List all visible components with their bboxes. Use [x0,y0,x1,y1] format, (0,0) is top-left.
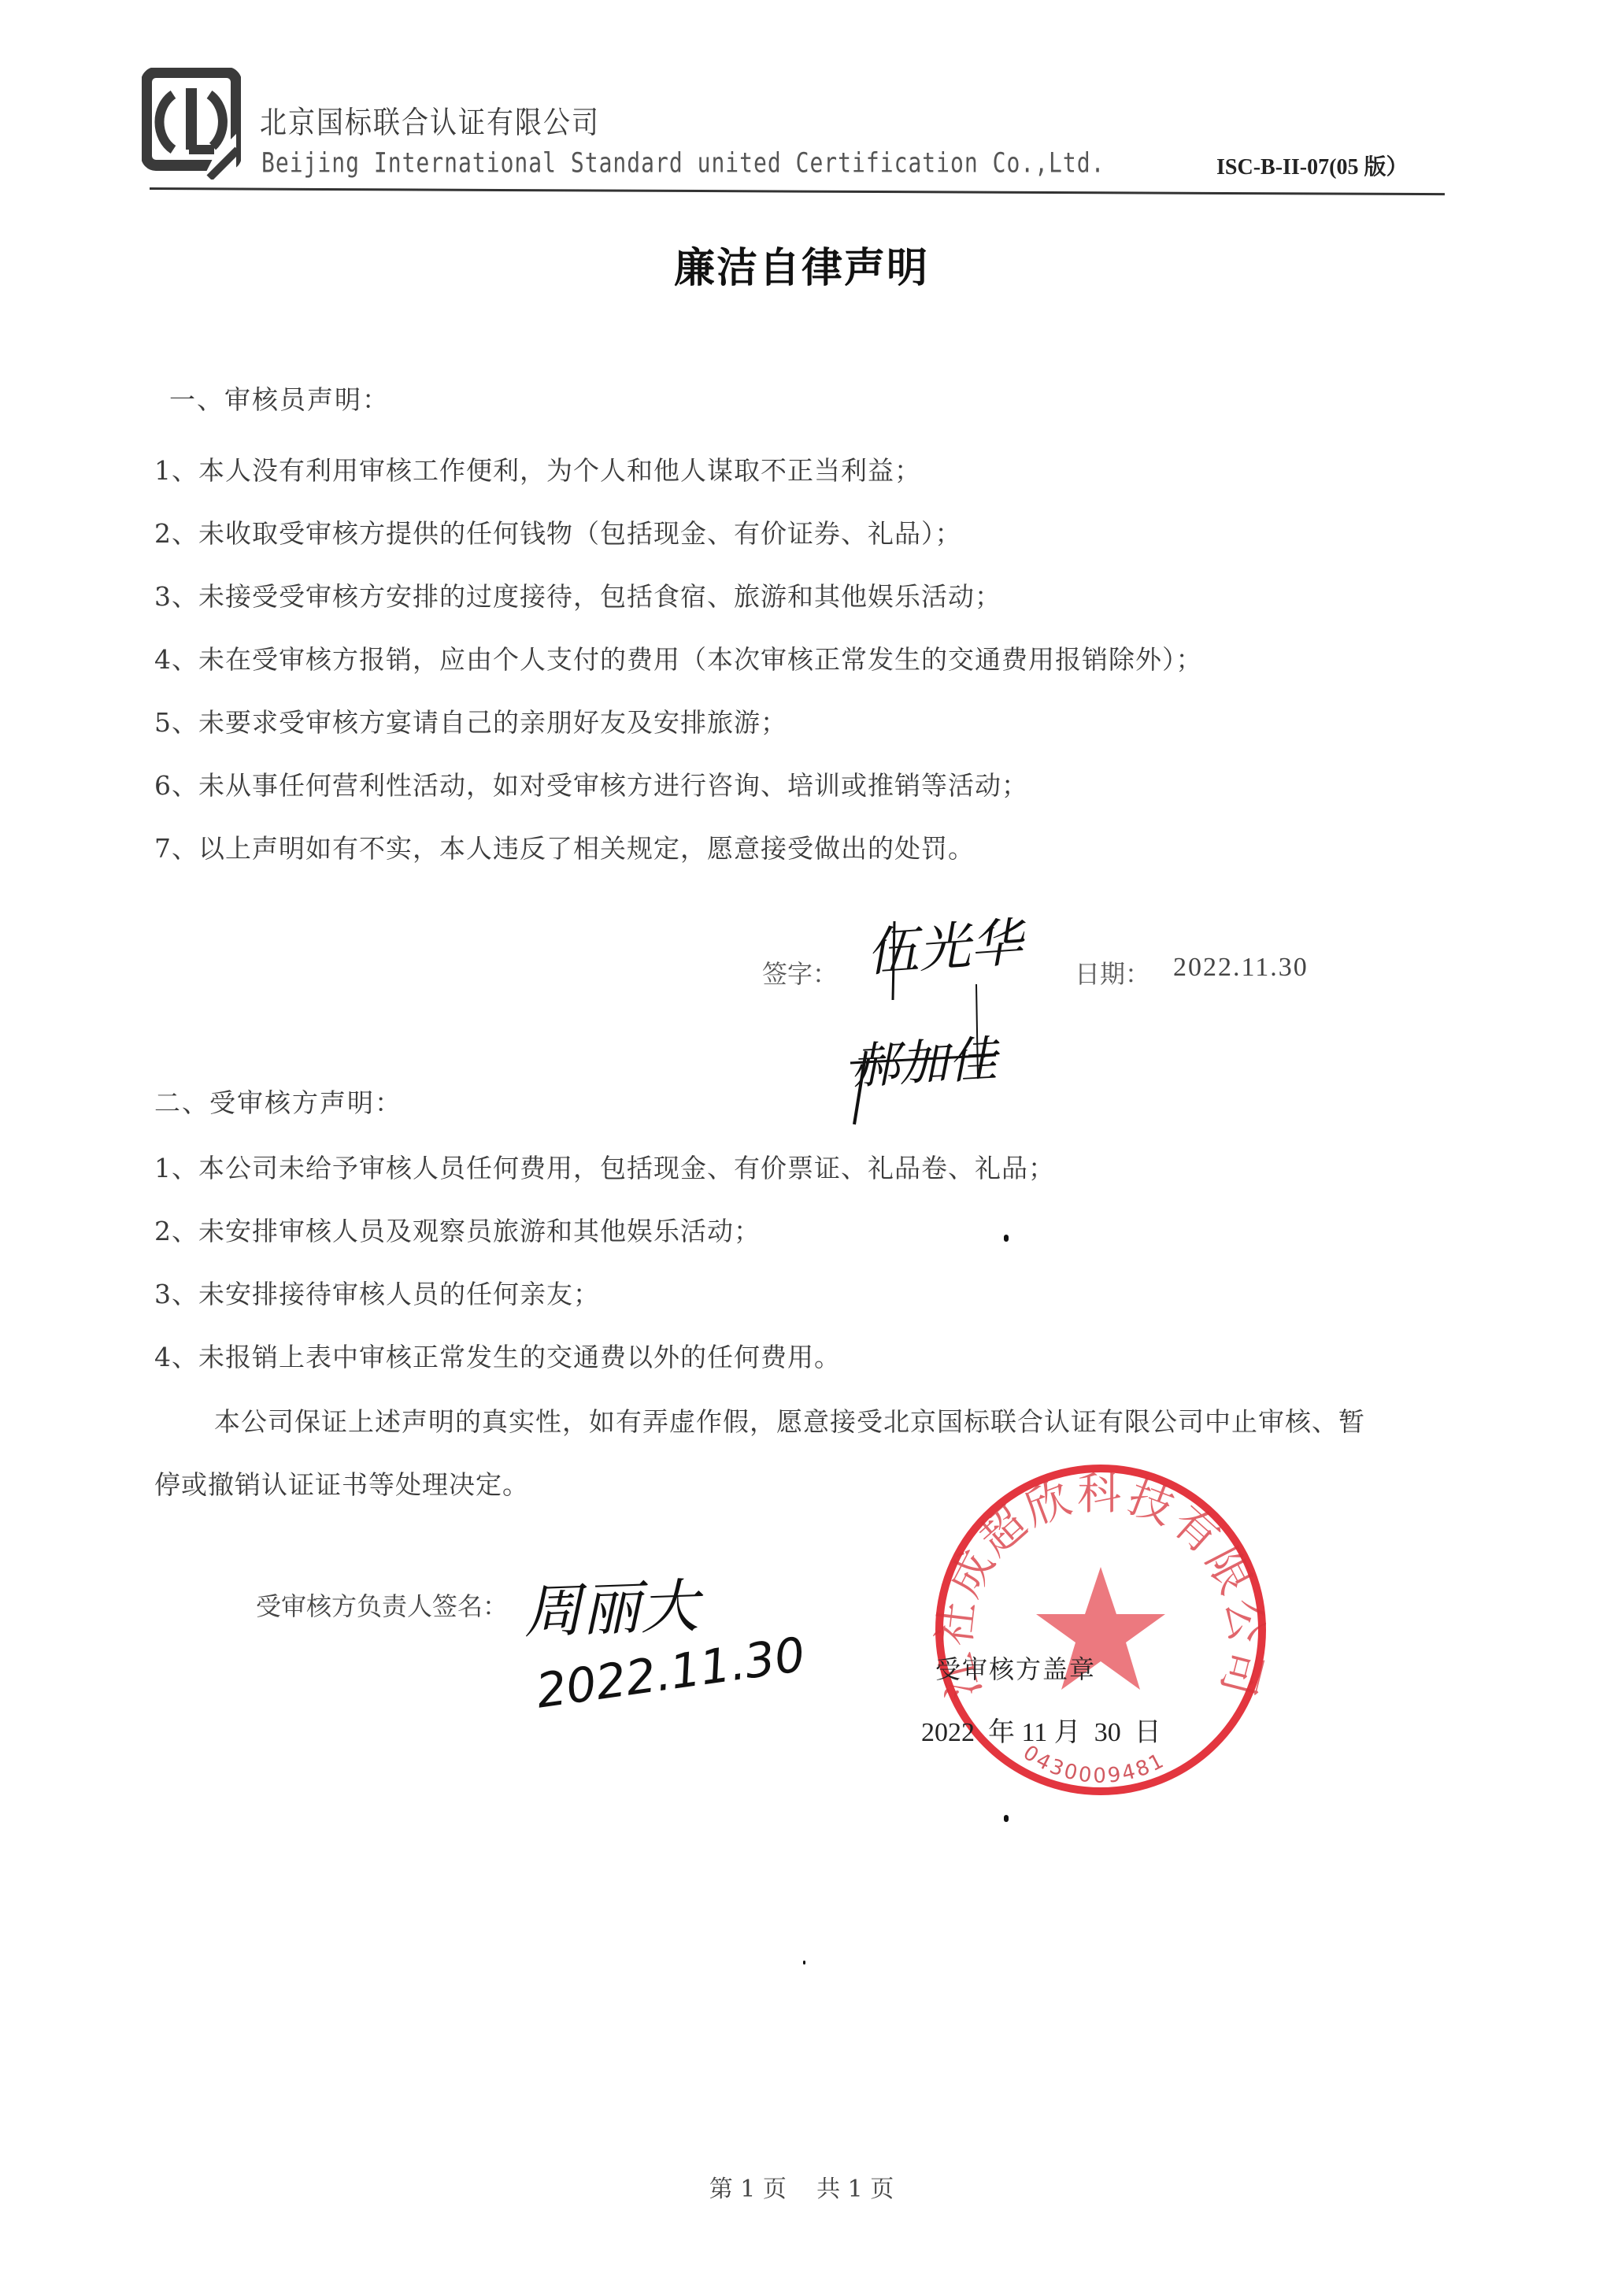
bisc-logo-icon [142,68,241,180]
auditee-item: 4、未报销上表中审核正常发生的交通费以外的任何费用。 [154,1337,841,1374]
section-auditor-heading: 一、审核员声明： [169,380,390,417]
stray-mark [1004,1235,1009,1242]
date-value: 2022.11.30 [1173,953,1309,983]
responsible-signature-label: 受审核方负责人签名： [256,1587,508,1623]
responsible-signature: 周丽大 [522,1560,700,1650]
signature-strike-icon [846,1039,1004,1126]
form-code: ISC-B-II-07(05 版） [1216,150,1408,181]
company-name-cn: 北京国标联合认证有限公司 [260,98,600,142]
header-divider [150,187,1445,195]
stray-mark [1004,1815,1009,1822]
auditor-item: 4、未在受审核方报销，应由个人支付的费用（本次审核正常发生的交通费用报销除外）； [154,639,1203,676]
guarantee-line-2: 停或撤销认证证书等处理决定。 [154,1465,529,1502]
stray-mark [803,1961,805,1965]
company-name-en: Beijing International Standard united Ce… [261,146,1105,179]
auditor-item: 3、未接受受审核方安排的过度接待，包括食宿、旅游和其他娱乐活动； [154,576,1001,613]
auditee-item: 1、本公司未给予审核人员任何费用，包括现金、有价票证、礼品卷、礼品； [154,1148,1055,1185]
stamp-label: 受审核方盖章 [935,1650,1096,1686]
auditee-item: 3、未安排接待审核人员的任何亲友； [154,1274,600,1311]
auditor-item: 6、未从事任何营利性活动，如对受审核方进行咨询、培训或推销等活动； [154,765,1028,802]
signature-label: 签字： [762,954,838,991]
auditee-item: 2、未安排审核人员及观察员旅游和其他娱乐活动； [154,1211,761,1248]
auditor-item: 1、本人没有利用审核工作便利，为个人和他人谋取不正当利益； [154,450,921,487]
section-auditee-heading: 二、受审核方声明： [154,1083,402,1120]
page-indicator: 第 1 页 共 1 页 [0,2169,1603,2204]
auditor-item: 5、未要求受审核方宴请自己的亲朋好友及安排旅游； [154,702,787,739]
auditor-item: 7、以上声明如有不实，本人违反了相关规定，愿意接受做出的处罚。 [154,828,975,865]
date-label: 日期： [1075,954,1150,991]
auditor-item: 2、未收取受审核方提供的任何钱物（包括现金、有价证券、礼品）； [154,513,962,550]
company-seal-icon: 江社成超欣科技有限公司 0430009481 [927,1457,1274,1803]
stamp-date: 2022 年 11 月 30 日 [921,1710,1161,1749]
document-title: 廉洁自律声明 [0,235,1603,294]
guarantee-line-1: 本公司保证上述声明的真实性，如有弄虚作假，愿意接受北京国标联合认证有限公司中止审… [214,1402,1365,1439]
